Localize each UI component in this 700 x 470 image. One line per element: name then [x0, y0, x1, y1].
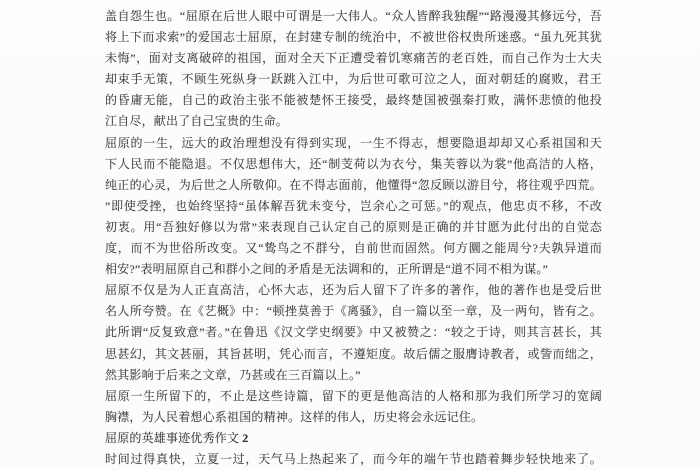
text-line: 屈原一生所留下的，不止是这些诗篇，留下的更是他高洁的人格和那为我们所学习的宽阔 [105, 386, 602, 407]
text-line: 盖自怨生也。“屈原在后世人眼中可谓是一大伟人。“众人皆醉我独醒”“路漫漫其修远兮… [105, 6, 602, 27]
text-line: 初衷。用“吾独好修以为常”来表现自己认定自己的原则是正确的并甘愿为此付出的自觉态 [105, 217, 602, 238]
text-line: 名人所夸赞。在《艺概》中：“顿挫莫善于《离骚》，自一篇以至一章，及一两句，皆有之… [105, 301, 602, 322]
section-heading: 屈原的英雄事迹优秀作文 2 [105, 428, 602, 449]
text-line: ”即使受挫，也始终坚持“虽体解吾犹未变兮，岂余心之可惩。”的观点，他忠贞不移，不… [105, 196, 602, 217]
text-line: 然其影响于后来之文章，乃甚或在三百篇以上。” [105, 365, 602, 386]
text-line: 将上下而求索”的爱国志士屈原，在封建专制的统治中，不被世俗权贵所迷惑。“虽九死其… [105, 27, 602, 48]
text-line: 纯正的心灵，为后世之人所敬仰。在不得志面前，他懂得“忽反顾以游目兮，将往观乎四荒… [105, 175, 602, 196]
text-line: 相安?”表明屈原自己和群小之间的矛盾是无法调和的，正所谓是“道不同不相为谋。” [105, 259, 602, 280]
text-line: 此所谓“反复致意”者。”在鲁迅《汉文学史纲要》中又被赞之：“较之于诗，则其言甚长… [105, 322, 602, 343]
text-line: 江自尽，献出了自己宝贵的生命。 [105, 111, 602, 132]
text-line: 思甚幻，其文甚丽，其旨甚明，凭心而言，不遵矩度。故后儒之服膺诗教者，或訾而绌之， [105, 344, 602, 365]
text-line: 度，而不为世俗所改变。又“鸷鸟之不群兮，自前世而固然。何方圜之能周兮?夫孰异道而 [105, 238, 602, 259]
text-line: 却束手无策，不顾生死纵身一跃跳入江中，为后世可歌可泣之人，面对朝廷的腐败，君王 [105, 69, 602, 90]
text-line: 屈原的一生，远大的政治理想没有得到实现，一生不得志，想要隐退却却又心系祖国和天 [105, 133, 602, 154]
text-line: 未悔”，面对支离破碎的祖国，面对全天下正遭受着饥寒痛苦的老百姓，而自己作为士大夫 [105, 48, 602, 69]
text-line: 下人民而不能隐退。不仅思想伟大，还“制芰荷以为衣兮，集芙蓉以为裳”他高洁的人格， [105, 154, 602, 175]
text-line: 时间过得真快，立夏一过，天气马上热起来了，而今年的端午节也踏着舞步轻快地来了。 [105, 449, 602, 470]
document-page: 盖自怨生也。“屈原在后世人眼中可谓是一大伟人。“众人皆醉我独醒”“路漫漫其修远兮… [0, 0, 700, 470]
text-line: 的昏庸无能，自己的政治主张不能被楚怀王接受，最终楚国被强秦打败，满怀悲愤的他投 [105, 90, 602, 111]
text-lines: 盖自怨生也。“屈原在后世人眼中可谓是一大伟人。“众人皆醉我独醒”“路漫漫其修远兮… [105, 6, 602, 470]
text-line: 胸襟，为人民着想心系祖国的精神。这样的伟人，历史将会永远记住。 [105, 407, 602, 428]
heading-number: 2 [239, 431, 248, 445]
text-line: 屈原不仅是为人正直高洁，心怀大志，还为后人留下了许多的著作，他的著作也是受后世 [105, 280, 602, 301]
